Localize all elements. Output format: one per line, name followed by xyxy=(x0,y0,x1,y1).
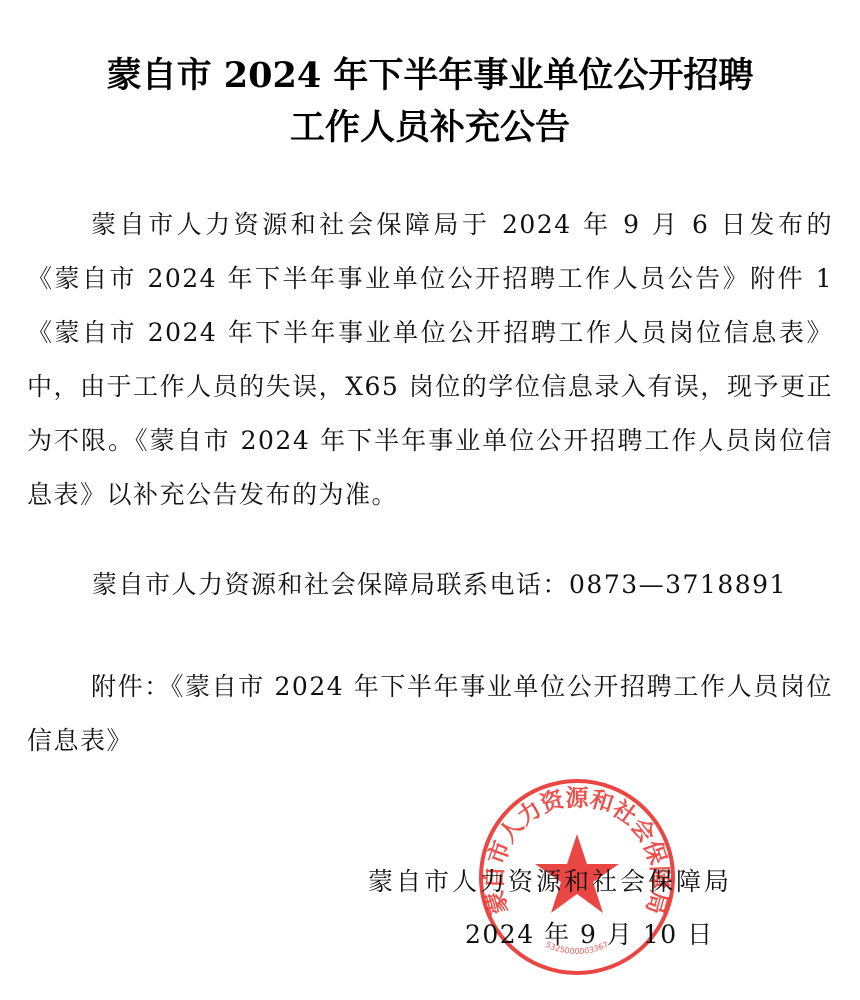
attachment-line: 附件：《蒙自市 2024 年下半年事业单位公开招聘工作人员岗位信息表》 xyxy=(27,660,833,768)
document-title-line1: 蒙自市 2024 年下半年事业单位公开招聘 xyxy=(0,48,860,98)
body-paragraph: 蒙自市人力资源和社会保障局于 2024 年 9 月 6 日发布的《蒙自市 202… xyxy=(27,198,833,522)
signature-date: 2024 年 9 月 10 日 xyxy=(465,915,714,951)
document-title-line2: 工作人员补充公告 xyxy=(0,100,860,150)
signature-organization: 蒙自市人力资源和社会保障局 xyxy=(368,862,732,898)
contact-line: 蒙自市人力资源和社会保障局联系电话：0873—3718891 xyxy=(92,565,787,601)
